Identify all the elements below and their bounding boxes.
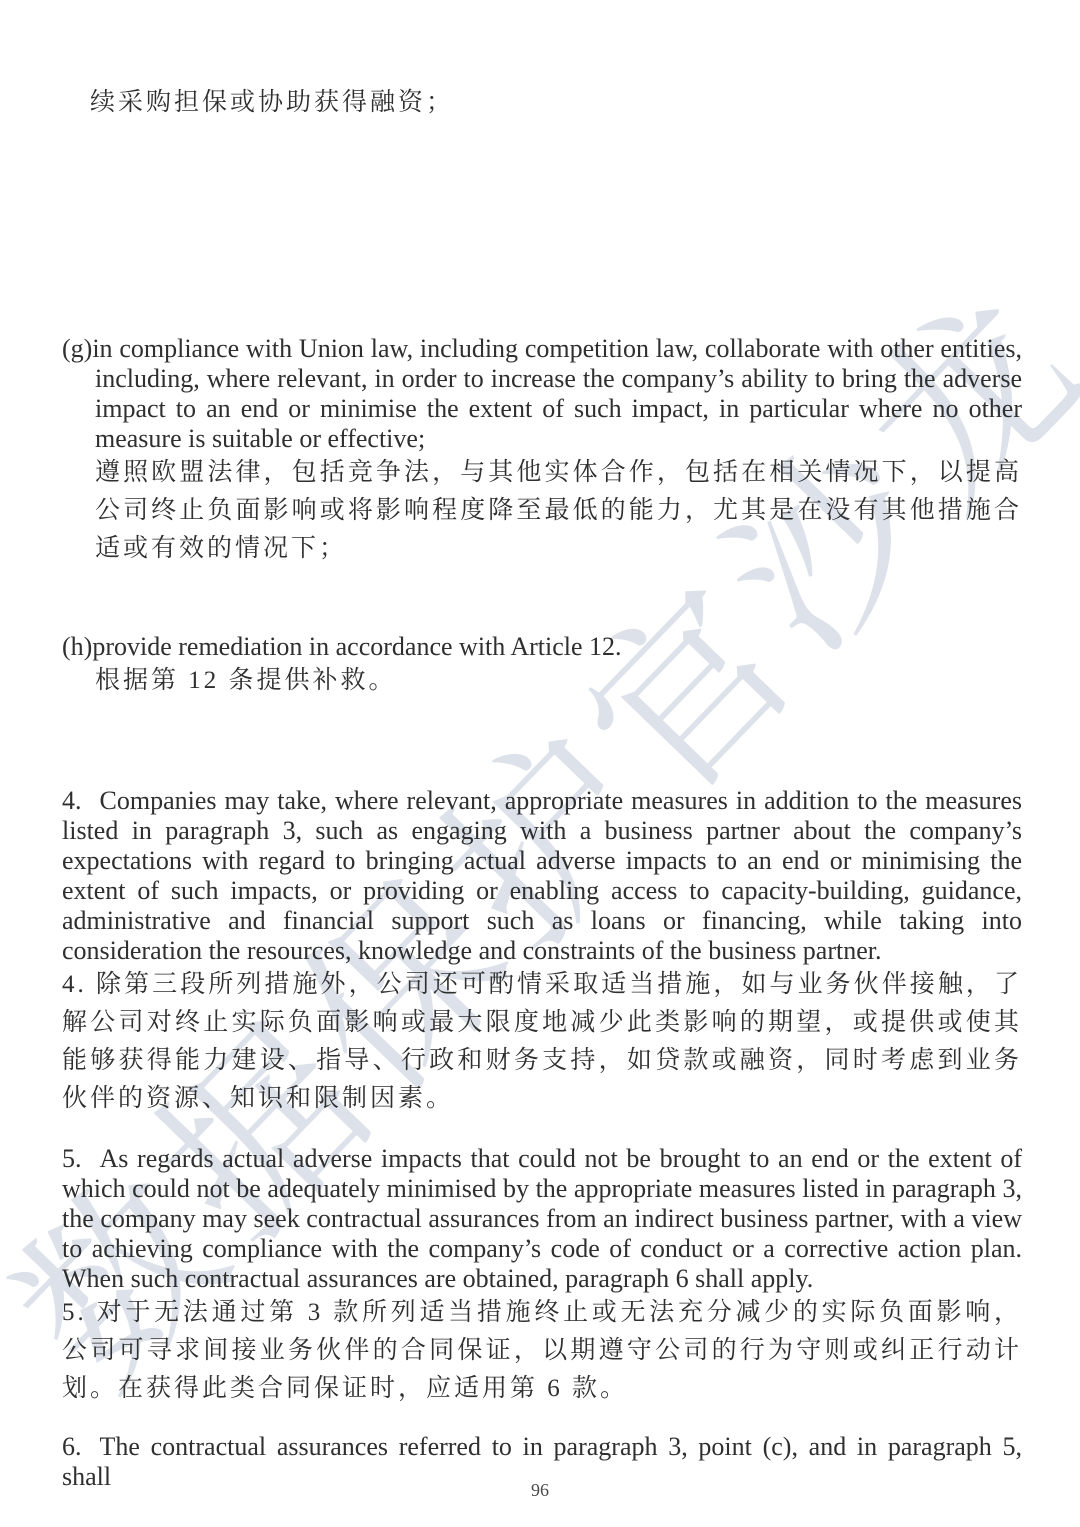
paragraph-5-zh: 5. 对于无法通过第 3 款所列适当措施终止或无法充分减少的实际负面影响，公司可… [62, 1294, 1022, 1408]
page-content: 续采购担保或协助获得融资； (g)in compliance with Unio… [0, 0, 1080, 1492]
paragraph-5-block: 5.As regards actual adverse impacts that… [62, 1144, 1022, 1408]
clause-h-block: (h)provide remediation in accordance wit… [62, 632, 1022, 700]
clause-g-block: (g)in compliance with Union law, includi… [62, 334, 1022, 568]
clause-g-en-text: in compliance with Union law, including … [92, 334, 1022, 453]
clause-f-zh-continuation-line: 续采购担保或协助获得融资； [90, 84, 1022, 122]
clause-g-en: (g)in compliance with Union law, includi… [62, 334, 1022, 454]
clause-g-zh: 遵照欧盟法律，包括竞争法，与其他实体合作，包括在相关情况下，以提高公司终止负面影… [95, 454, 1022, 568]
paragraph-5-number: 5. [62, 1144, 82, 1173]
paragraph-6-number: 6. [62, 1432, 82, 1461]
clause-h-zh: 根据第 12 条提供补救。 [95, 662, 1022, 700]
paragraph-5-en-text: As regards actual adverse impacts that c… [62, 1144, 1022, 1293]
clause-h-en: (h)provide remediation in accordance wit… [62, 632, 1022, 662]
page-number: 96 [0, 1480, 1080, 1501]
document-page: 数据保护官沙龙 续采购担保或协助获得融资； (g)in compliance w… [0, 0, 1080, 1527]
clause-h-en-text: provide remediation in accordance with A… [92, 632, 621, 661]
paragraph-4-block: 4.Companies may take, where relevant, ap… [62, 786, 1022, 1118]
paragraph-4-number: 4. [62, 786, 82, 815]
paragraph-5-en: 5.As regards actual adverse impacts that… [62, 1144, 1022, 1294]
paragraph-4-en: 4.Companies may take, where relevant, ap… [62, 786, 1022, 966]
clause-h-label: (h) [62, 632, 92, 661]
paragraph-4-en-text: Companies may take, where relevant, appr… [62, 786, 1022, 965]
clause-g-label: (g) [62, 334, 92, 363]
paragraph-4-zh: 4. 除第三段所列措施外，公司还可酌情采取适当措施，如与业务伙伴接触，了解公司对… [62, 966, 1022, 1118]
